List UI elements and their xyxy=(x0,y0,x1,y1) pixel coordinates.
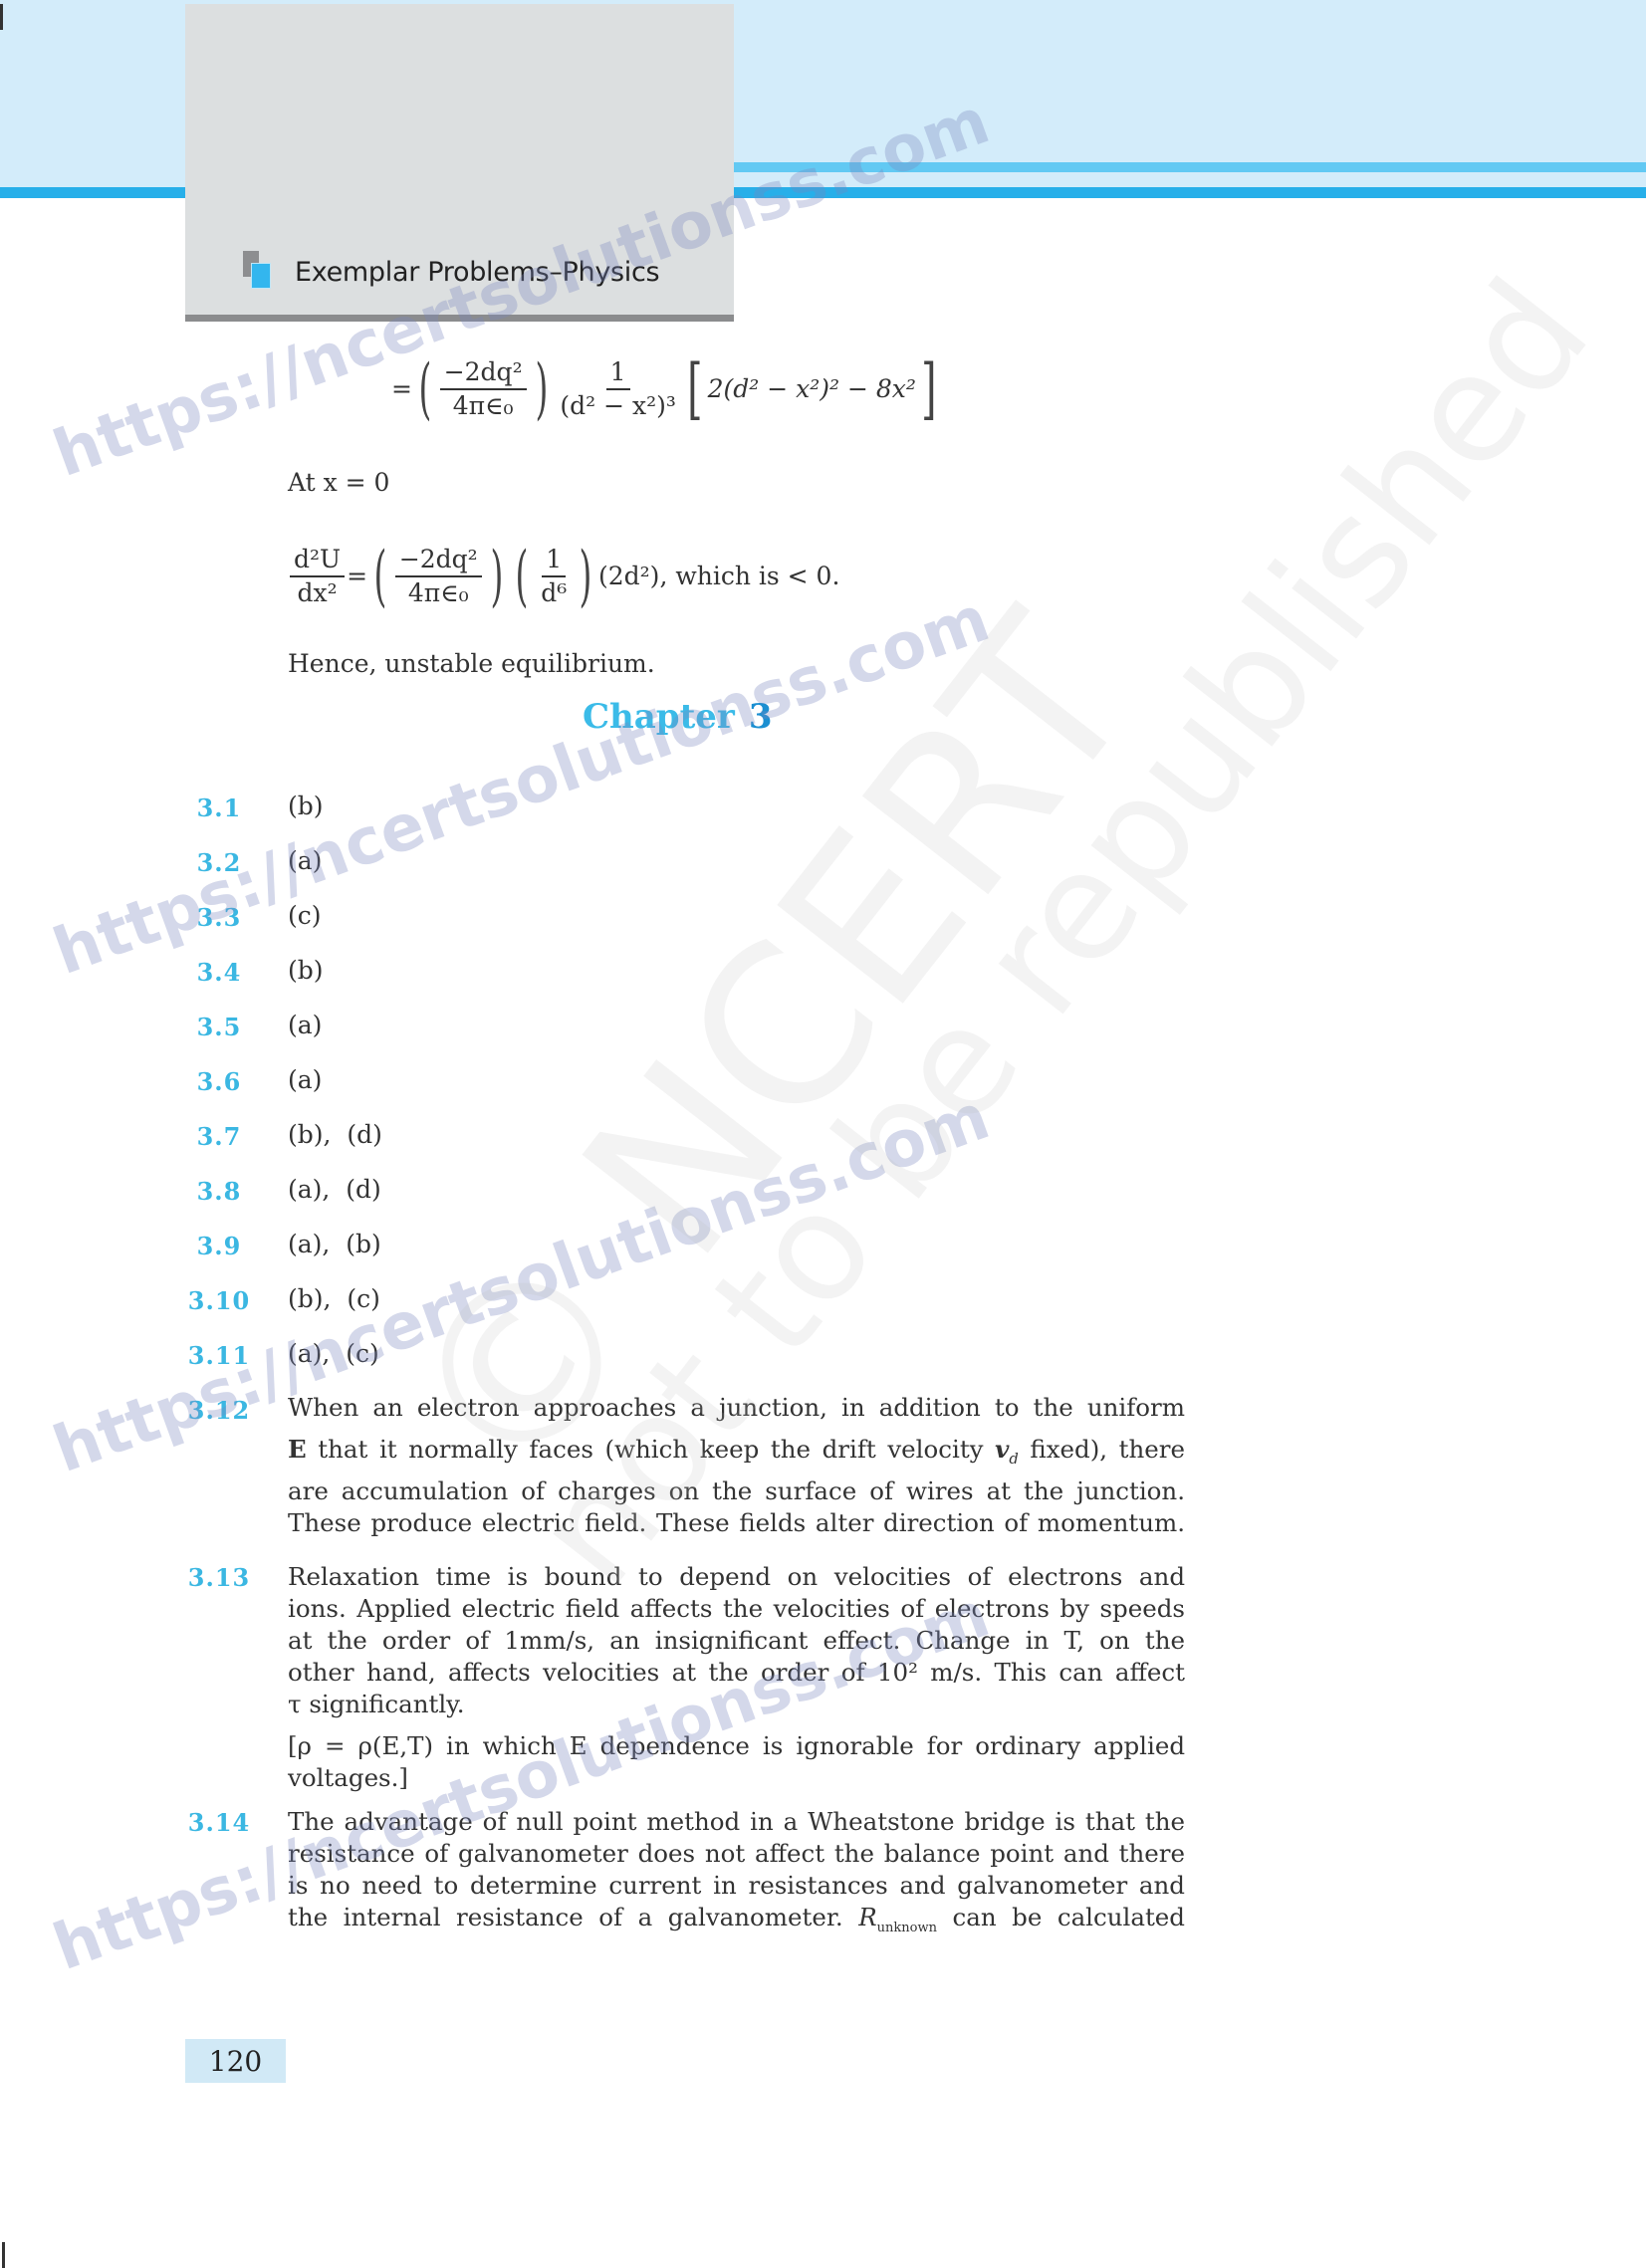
question-number: 3.11 xyxy=(184,1341,254,1370)
question-number: 3.13 xyxy=(184,1563,254,1592)
header-stripe xyxy=(734,162,1646,172)
answer-option: (b) xyxy=(288,792,324,820)
equation-second-derivative-at-zero: d²U dx² = ( −2dq² 4π∈₀ ) ( 1 d⁶ ) (2d²) … xyxy=(288,538,839,614)
answer-option: (b) xyxy=(288,956,324,985)
page-number: 120 xyxy=(185,2039,286,2083)
answer-paragraph-3-13: Relaxation time is bound to depend on ve… xyxy=(288,1561,1185,1794)
fraction: −2dq² 4π∈₀ xyxy=(395,546,482,606)
question-number: 3.2 xyxy=(184,848,254,877)
fraction: 1 d⁶ xyxy=(537,546,571,606)
answer-option: (b), (c) xyxy=(288,1284,380,1313)
equation-second-derivative-general: = ( −2dq² 4π∈₀ ) 1 (d² − x²)³ [ 2(d² − x… xyxy=(391,350,942,427)
answer-option: (a), (b) xyxy=(288,1230,381,1258)
question-number: 3.4 xyxy=(184,958,254,987)
answer-option: (a) xyxy=(288,1065,322,1094)
question-number: 3.9 xyxy=(184,1232,254,1260)
answer-option: (a), (c) xyxy=(288,1339,379,1368)
question-number: 3.12 xyxy=(184,1396,254,1425)
question-number: 3.7 xyxy=(184,1122,254,1151)
running-header: Exemplar Problems–Physics xyxy=(185,4,734,322)
stacked-squares-icon xyxy=(243,251,277,289)
answer-paragraph-3-14: The advantage of null point method in a … xyxy=(288,1806,1185,1944)
question-number: 3.6 xyxy=(184,1067,254,1096)
answer-option: (c) xyxy=(288,901,322,930)
conclusion-text: Hence, unstable equilibrium. xyxy=(288,649,655,678)
answer-option: (b), (d) xyxy=(288,1120,382,1149)
answer-paragraph-3-12: When an electron approaches a junction, … xyxy=(288,1392,1185,1539)
fraction-lhs: d²U dx² xyxy=(290,546,345,606)
question-number: 3.3 xyxy=(184,903,254,932)
book-title: Exemplar Problems–Physics xyxy=(295,257,659,288)
answer-option: (a) xyxy=(288,846,322,875)
question-number: 3.1 xyxy=(184,794,254,822)
answer-option: (a), (d) xyxy=(288,1175,381,1204)
crop-mark xyxy=(2,2242,5,2268)
fraction: 1 (d² − x²)³ xyxy=(556,358,680,419)
answer-option: (a) xyxy=(288,1011,322,1039)
crop-mark xyxy=(0,4,3,30)
question-number: 3.8 xyxy=(184,1177,254,1206)
condition-line: At x = 0 xyxy=(288,468,389,497)
question-number: 3.10 xyxy=(184,1286,254,1315)
question-number: 3.14 xyxy=(184,1808,254,1837)
chapter-heading: Chapter3 xyxy=(583,697,773,737)
fraction: −2dq² 4π∈₀ xyxy=(440,358,527,419)
question-number: 3.5 xyxy=(184,1013,254,1041)
